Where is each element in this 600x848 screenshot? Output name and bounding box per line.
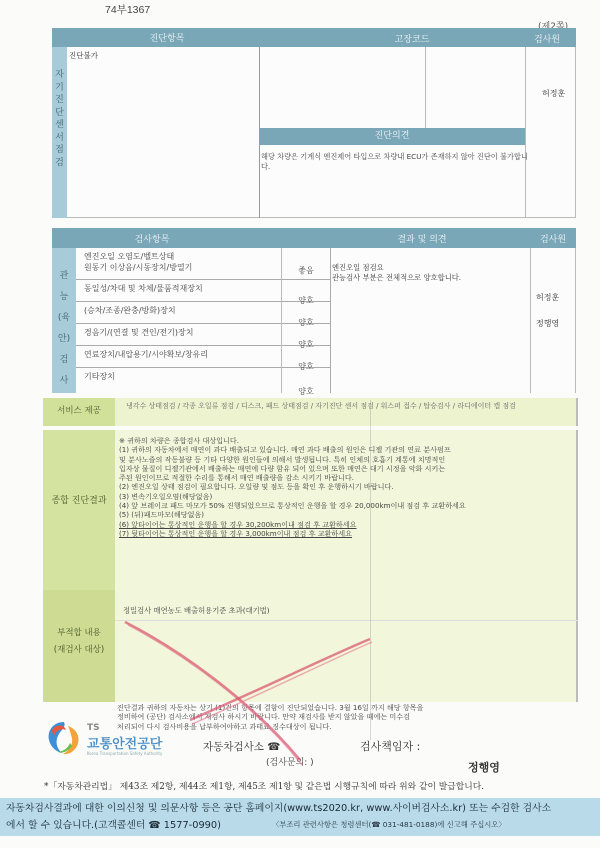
- col-fault-code: 고장코드: [382, 32, 442, 45]
- ts-logo-icon: [44, 718, 84, 758]
- column-divider: [425, 47, 426, 128]
- side-label-char: (육: [52, 308, 76, 329]
- column-divider: [330, 248, 331, 393]
- logo-org-subtitle: Korea Transportation Safety Authority: [87, 751, 162, 756]
- side-label-char: 기: [52, 82, 67, 95]
- side-label-char: 진: [52, 94, 67, 107]
- inspection-item-label: 동일성/차대 및 차체/물품적재장치: [84, 284, 203, 295]
- side-label-char: 관: [52, 266, 76, 287]
- unfit-label: 부적합 내용 (재검사 대상): [43, 590, 115, 702]
- diagnosis-line: 및 분사노즐의 작동불량 등 기타 다양한 원인들에 의해서 발생됩니다. 특히…: [119, 455, 574, 464]
- inspection-item-label: 경음기/(연결 및 견인/전기)장치: [84, 328, 193, 339]
- functional-inspection-side-label: 관능(육안)검사: [52, 248, 76, 393]
- column-divider: [530, 248, 531, 393]
- result-line: 관능검사 부분은 전체적으로 양호합니다.: [332, 273, 461, 283]
- diagnosis-line: ※ 귀하의 차량은 종합검사 대상입니다.: [119, 436, 574, 445]
- inspection-item-result: 좋음: [282, 265, 330, 276]
- side-label-char: 검: [52, 157, 67, 170]
- side-label-text: 관능(육안)검사: [52, 266, 76, 392]
- notice-line: 처리되어 다시 검사비용을 납부하여야하고 과태료 징수대상이 됩니다.: [117, 722, 567, 731]
- side-label-char: 사: [52, 371, 76, 392]
- col-inspector: 검사원: [530, 232, 576, 245]
- inspector-name: 허정훈: [536, 292, 559, 303]
- footer-integrity-notice: 〈부조리 관련사항은 청렴센터(☎ 031-481-0188)에 신고해 주십시…: [272, 820, 506, 830]
- unfit-text: 정밀검사 매연농도 배출허용기준 초과(대기법): [123, 606, 270, 616]
- overall-diagnosis-section: 종합 진단결과 부적합 내용 (재검사 대상) ※ 귀하의 차량은 종합검사 대…: [43, 430, 578, 702]
- side-label-char: 안): [52, 329, 76, 350]
- side-label-char: 센: [52, 119, 67, 132]
- side-label-char: 점: [52, 144, 67, 157]
- overall-diagnosis-label-text: 종합 진단결과: [43, 493, 115, 506]
- footer-band: 자동차검사결과에 대한 이의신청 및 의문사항 등은 공단 홈페이지(www.t…: [0, 798, 600, 836]
- result-opinion-text: 엔진오일 점검요 관능검사 부분은 전체적으로 양호합니다.: [332, 263, 461, 283]
- side-label-text: 자기진단센서점검: [52, 69, 67, 169]
- recheck-notice: 진단결과 귀하의 자동차는 상기 (1)건의 항목에 결함이 진단되었습니다. …: [117, 703, 567, 731]
- opinion-header: 진단의견: [259, 128, 525, 145]
- diagnosis-line: 입자상 물질이 디젤기관에서 배출하는 매연에 다량 함유 되어 있으며 또한 …: [119, 464, 574, 473]
- diagnosis-line: (1) 귀하의 자동차에서 매연이 과다 배출되고 있습니다. 매연 과다 배출…: [119, 445, 574, 454]
- functional-inspection-header: 검사항목 결과 및 의견 검사원: [52, 228, 576, 248]
- column-divider: [525, 47, 526, 218]
- table-row: 엔진오일 오염도/벨트상태 원동기 이상음/시동장치/방열기좋음: [76, 248, 330, 280]
- col-inspector: 검사원: [522, 32, 572, 45]
- side-label-char: 서: [52, 132, 67, 145]
- col-result-opinion: 결과 및 의견: [372, 232, 472, 245]
- logo-org-name: 교통안전공단: [87, 733, 162, 752]
- inspector-name: 정행영: [536, 318, 559, 329]
- overall-diagnosis-text: ※ 귀하의 차량은 종합검사 대상입니다.(1) 귀하의 자동차에서 매연이 과…: [119, 436, 574, 538]
- table-row: 기타장치양호: [76, 368, 330, 393]
- manager-label: 검사책임자 :: [360, 738, 420, 754]
- divider: [115, 620, 578, 621]
- notice-line: 정비하여 (공단) 검사소에서 재검사 하시기 바랍니다. 만약 재검사를 받지…: [117, 712, 567, 721]
- manager-name: 정행영: [468, 759, 500, 775]
- unfit-label-line: 부적합 내용: [43, 625, 115, 642]
- functional-inspection-section: 검사항목 결과 및 의견 검사원 관능(육안)검사 엔진오일 오염도/벨트상태 …: [52, 228, 576, 393]
- side-label-char: 자: [52, 69, 67, 82]
- self-diagnosis-section: 진단항목 고장코드 검사원 자기진단센서점검 진단불가 진단의견 해당 차량은 …: [52, 28, 576, 218]
- unfit-label-text: 부적합 내용 (재검사 대상): [43, 625, 115, 659]
- diagnosis-line: (4) 앞 브레이크 패드 마모가 50% 진행되었으므로 통상적인 운행을 할…: [119, 501, 574, 510]
- plate-number: 74부1367: [105, 2, 150, 17]
- table-row: (승차/조종/완충/방화)장치양호: [76, 302, 330, 324]
- side-label-char: 단: [52, 107, 67, 120]
- inspection-item-label: 엔진오일 오염도/벨트상태 원동기 이상음/시동장치/방열기: [84, 252, 192, 273]
- inspection-station-label: 자동차검사소 ☎: [203, 739, 280, 754]
- inspection-item-label: (승차/조종/완충/방화)장치: [84, 306, 176, 317]
- col-diagnosis-item: 진단항목: [127, 31, 207, 44]
- diagnosis-line: 주된 원인이므로 적절한 수리를 통해서 매연 배출량을 감소 시키기 바랍니다…: [119, 473, 574, 482]
- inspection-item-label: 연료장치/내압용기/시야확보/창유리: [84, 350, 208, 361]
- overall-diagnosis-label: 종합 진단결과: [43, 430, 115, 590]
- footer-line: 에서 할 수 있습니다.(고객콜센터 ☎ 1577-0990): [6, 817, 221, 831]
- legal-basis-text: *「자동차관리법」 제43조 제2항, 제44조 제1항, 제45조 제1항 및…: [44, 779, 484, 792]
- table-row: 경음기/(연결 및 견인/전기)장치양호: [76, 324, 330, 346]
- service-label: 서비스 제공: [43, 398, 115, 426]
- opinion-text: 해당 차량은 기계식 엔진제어 타입으로 차량내 ECU가 존재하지 않아 진단…: [261, 152, 531, 171]
- inquiry-label: (검사문의: ): [266, 755, 314, 768]
- table-row: 동일성/차대 및 차체/물품적재장치양호: [76, 280, 330, 302]
- footer-line: 자동차검사결과에 대한 이의신청 및 의문사항 등은 공단 홈페이지(www.t…: [6, 800, 551, 814]
- table-row: 연료장치/내압용기/시야확보/창유리양호: [76, 346, 330, 368]
- notice-line: 진단결과 귀하의 자동차는 상기 (1)건의 항목에 결함이 진단되었습니다. …: [117, 703, 567, 712]
- logo-ts-text: TS: [87, 723, 100, 733]
- diagnosis-line: (6) 앞타이어는 통상적인 운행을 할 경우 30,200km이내 점검 후 …: [119, 520, 574, 529]
- fold-line: [370, 400, 371, 740]
- diagnosis-line: (3) 변속기오일오염(해당없음): [119, 492, 574, 501]
- diagnosis-line: (5) (뒤)패드마모(해당없음): [119, 510, 574, 519]
- side-label-char: 능: [52, 287, 76, 308]
- service-text: 냉각수 상태점검 / 각종 오일류 점검 / 디스크, 패드 상태점검 / 자기…: [126, 402, 566, 411]
- diagnosis-item-value: 진단불가: [69, 50, 98, 61]
- unfit-label-line: (재검사 대상): [43, 642, 115, 659]
- inspection-item-result: 양호: [282, 386, 330, 397]
- self-diagnosis-header: 진단항목 고장코드 검사원: [52, 28, 576, 47]
- service-section: 서비스 제공 냉각수 상태점검 / 각종 오일류 점검 / 디스크, 패드 상태…: [43, 398, 578, 426]
- diagnosis-line: (7) 뒷타이어는 통상적인 운행을 할 경우 3,000km이내 점검 후 교…: [119, 529, 574, 538]
- diagnosis-line: (2) 엔진오일 상태 점검이 필요합니다. 오일량 및 점도 등을 확인 후 …: [119, 482, 574, 491]
- side-label-char: 검: [52, 350, 76, 371]
- col-inspection-items: 검사항목: [112, 232, 192, 245]
- column-divider: [281, 248, 282, 393]
- result-line: 엔진오일 점검요: [332, 263, 461, 273]
- inspector-name: 허정훈: [542, 88, 565, 99]
- inspection-item-label: 기타장치: [84, 372, 115, 383]
- self-diagnosis-side-label: 자기진단센서점검: [52, 47, 67, 218]
